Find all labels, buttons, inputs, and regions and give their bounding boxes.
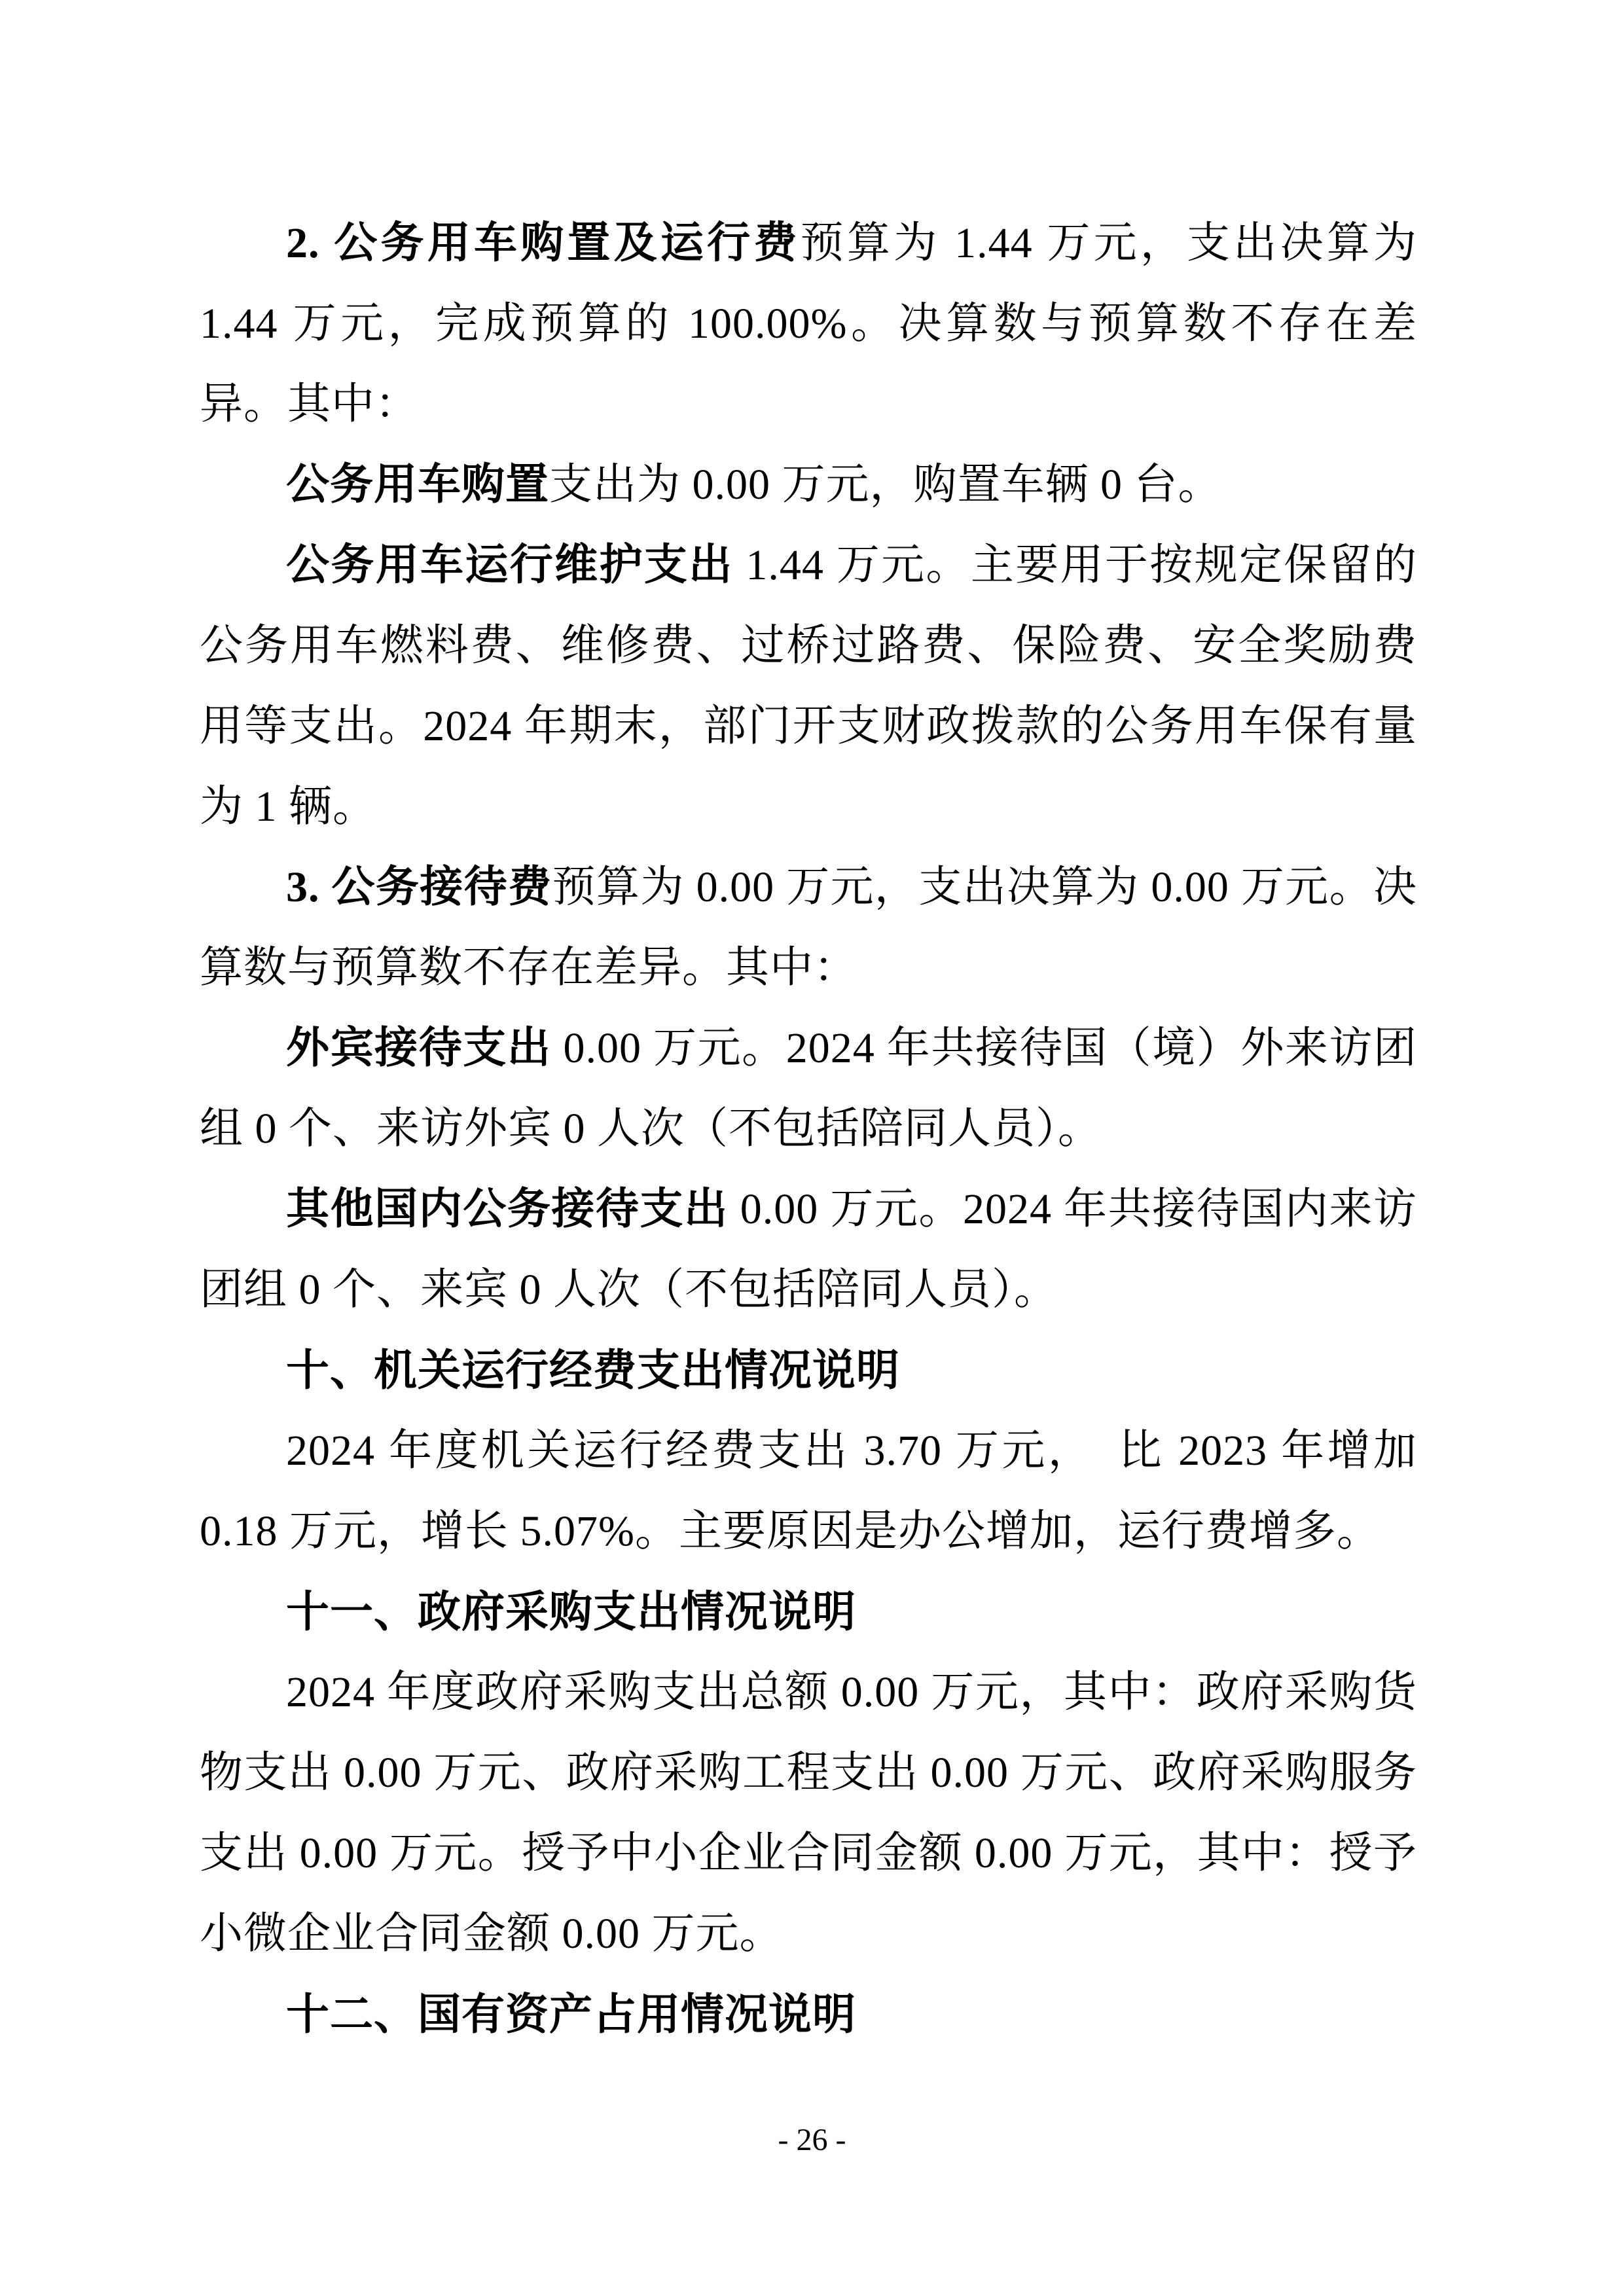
body-paragraph: 2. 公务用车购置及运行费预算为 1.44 万元，支出决算为 1.44 万元，完…: [200, 203, 1417, 444]
body-paragraph: 3. 公务接待费预算为 0.00 万元，支出决算为 0.00 万元。决算数与预算…: [200, 847, 1417, 1008]
emphasis-text: 其他国内公务接待支出: [286, 1185, 729, 1233]
emphasis-text: 公务用车运行维护支出: [286, 541, 734, 589]
text-run: 2024 年度政府采购支出总额 0.00 万元，其中：政府采购货物支出 0.00…: [200, 1668, 1417, 1958]
page-number: - 26 -: [0, 2122, 1624, 2159]
section-heading: 十、机关运行经费支出情况说明: [200, 1330, 1417, 1410]
emphasis-text: 十二、国有资产占用情况说明: [286, 1990, 856, 2038]
emphasis-text: 2. 公务用车购置及运行费: [286, 219, 801, 267]
emphasis-text: 十一、政府采购支出情况说明: [286, 1587, 856, 1636]
document-body: 2. 公务用车购置及运行费预算为 1.44 万元，支出决算为 1.44 万元，完…: [200, 203, 1417, 2054]
text-run: 2024 年度机关运行经费支出 3.70 万元， 比 2023 年增加 0.18…: [200, 1427, 1417, 1555]
body-paragraph: 外宾接待支出 0.00 万元。2024 年共接待国（境）外来访团组 0 个、来访…: [200, 1008, 1417, 1169]
body-paragraph: 公务用车购置支出为 0.00 万元，购置车辆 0 台。: [200, 444, 1417, 525]
emphasis-text: 外宾接待支出: [286, 1024, 551, 1072]
text-run: 支出为 0.00 万元，购置车辆 0 台。: [549, 461, 1222, 509]
document-page: 2. 公务用车购置及运行费预算为 1.44 万元，支出决算为 1.44 万元，完…: [0, 0, 1624, 2296]
body-paragraph: 公务用车运行维护支出 1.44 万元。主要用于按规定保留的公务用车燃料费、维修费…: [200, 525, 1417, 847]
emphasis-text: 公务用车购置: [286, 461, 549, 509]
section-heading: 十二、国有资产占用情况说明: [200, 1974, 1417, 2054]
section-heading: 十一、政府采购支出情况说明: [200, 1571, 1417, 1652]
body-paragraph: 2024 年度机关运行经费支出 3.70 万元， 比 2023 年增加 0.18…: [200, 1410, 1417, 1571]
body-paragraph: 2024 年度政府采购支出总额 0.00 万元，其中：政府采购货物支出 0.00…: [200, 1652, 1417, 1974]
body-paragraph: 其他国内公务接待支出 0.00 万元。2024 年共接待国内来访团组 0 个、来…: [200, 1169, 1417, 1330]
emphasis-text: 十、机关运行经费支出情况说明: [286, 1346, 900, 1394]
emphasis-text: 3. 公务接待费: [286, 863, 552, 911]
